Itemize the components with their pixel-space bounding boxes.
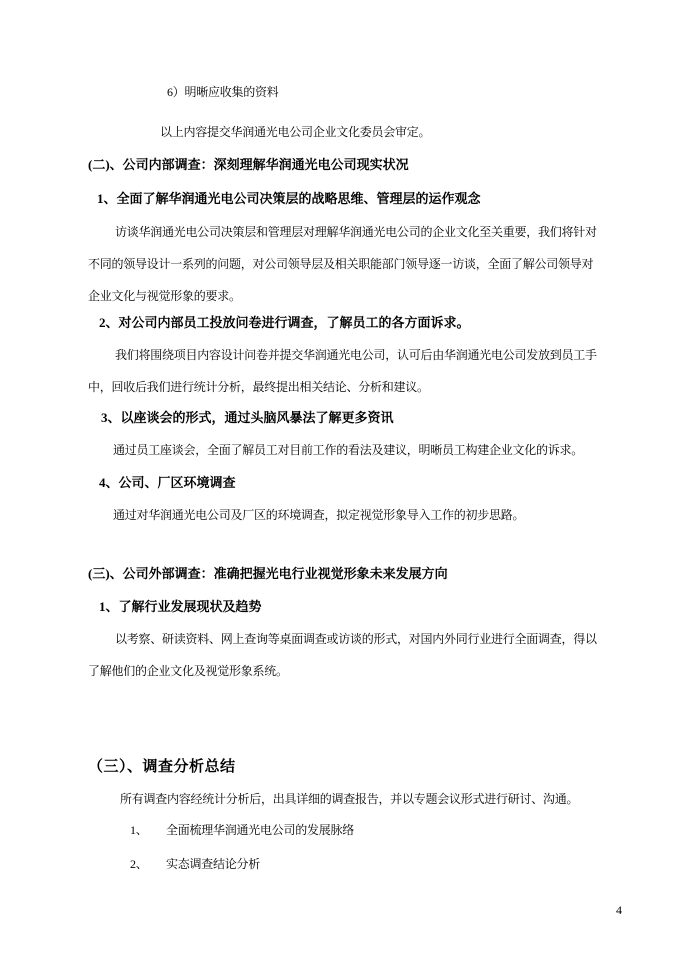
summary-item-number: 2、 <box>130 856 166 872</box>
paragraph-line: 访谈华润通光电公司决策层和管理层对理解华润通光电公司的企业文化至关重要，我们将针… <box>115 224 597 240</box>
document-page: 6）明晰应收集的资料 以上内容提交华润通光电公司企业文化委员会审定。 (二)、公… <box>0 0 681 967</box>
summary-intro: 所有调查内容经统计分析后，出具详细的调查报告，并以专题会议形式进行研讨、沟通。 <box>120 791 578 807</box>
paragraph-line: 中，回收后我们进行统计分析，最终提出相关结论、分析和建议。 <box>88 379 429 395</box>
external-sub1-heading: 1、了解行业发展现状及趋势 <box>99 599 262 615</box>
summary-item-number: 1、 <box>130 822 166 838</box>
paragraph-line: 不同的领导设计一系列的问题，对公司领导层及相关职能部门领导逐一访谈，全面了解公司… <box>88 256 593 272</box>
list-item-6: 6）明晰应收集的资料 <box>167 84 279 100</box>
summary-item-text: 实态调查结论分析 <box>166 857 260 871</box>
page-number: 4 <box>616 903 622 918</box>
summary-item-text: 全面梳理华润通光电公司的发展脉络 <box>166 823 354 837</box>
paragraph-line: 以考察、研读资料、网上查询等桌面调查或访谈的形式，对国内外同行业进行全面调查，得… <box>115 631 597 647</box>
section-external-heading: (三)、公司外部调查：准确把握光电行业视觉形象未来发展方向 <box>88 566 448 582</box>
summary-item: 1、全面梳理华润通光电公司的发展脉络 <box>130 822 354 838</box>
paragraph-line: 我们将围绕项目内容设计问卷并提交华润通光电公司，认可后由华润通光电公司发放到员工… <box>115 347 597 363</box>
internal-sub2-heading: 2、对公司内部员工投放问卷进行调查，了解员工的各方面诉求。 <box>99 315 470 331</box>
paragraph-line: 企业文化与视觉形象的要求。 <box>88 288 241 304</box>
internal-sub3-heading: 3、以座谈会的形式，通过头脑风暴法了解更多资讯 <box>101 410 394 426</box>
section-internal-heading: (二)、公司内部调查：深刻理解华润通光电公司现实状况 <box>88 157 409 173</box>
internal-sub1-heading: 1、全面了解华润通光电公司决策层的战略思维、管理层的运作观念 <box>97 191 481 207</box>
summary-item: 2、实态调查结论分析 <box>130 856 260 872</box>
submission-note: 以上内容提交华润通光电公司企业文化委员会审定。 <box>160 124 430 140</box>
internal-sub4-heading: 4、公司、厂区环境调查 <box>99 475 236 491</box>
paragraph-line: 通过对华润通光电公司及厂区的环境调查，拟定视觉形象导入工作的初步思路。 <box>113 507 524 523</box>
paragraph-line: 通过员工座谈会，全面了解员工对目前工作的看法及建议，明晰员工构建企业文化的诉求。 <box>113 442 583 458</box>
paragraph-line: 了解他们的企业文化及视觉形象系统。 <box>88 663 288 679</box>
summary-heading: （三）、调查分析总结 <box>88 759 236 775</box>
